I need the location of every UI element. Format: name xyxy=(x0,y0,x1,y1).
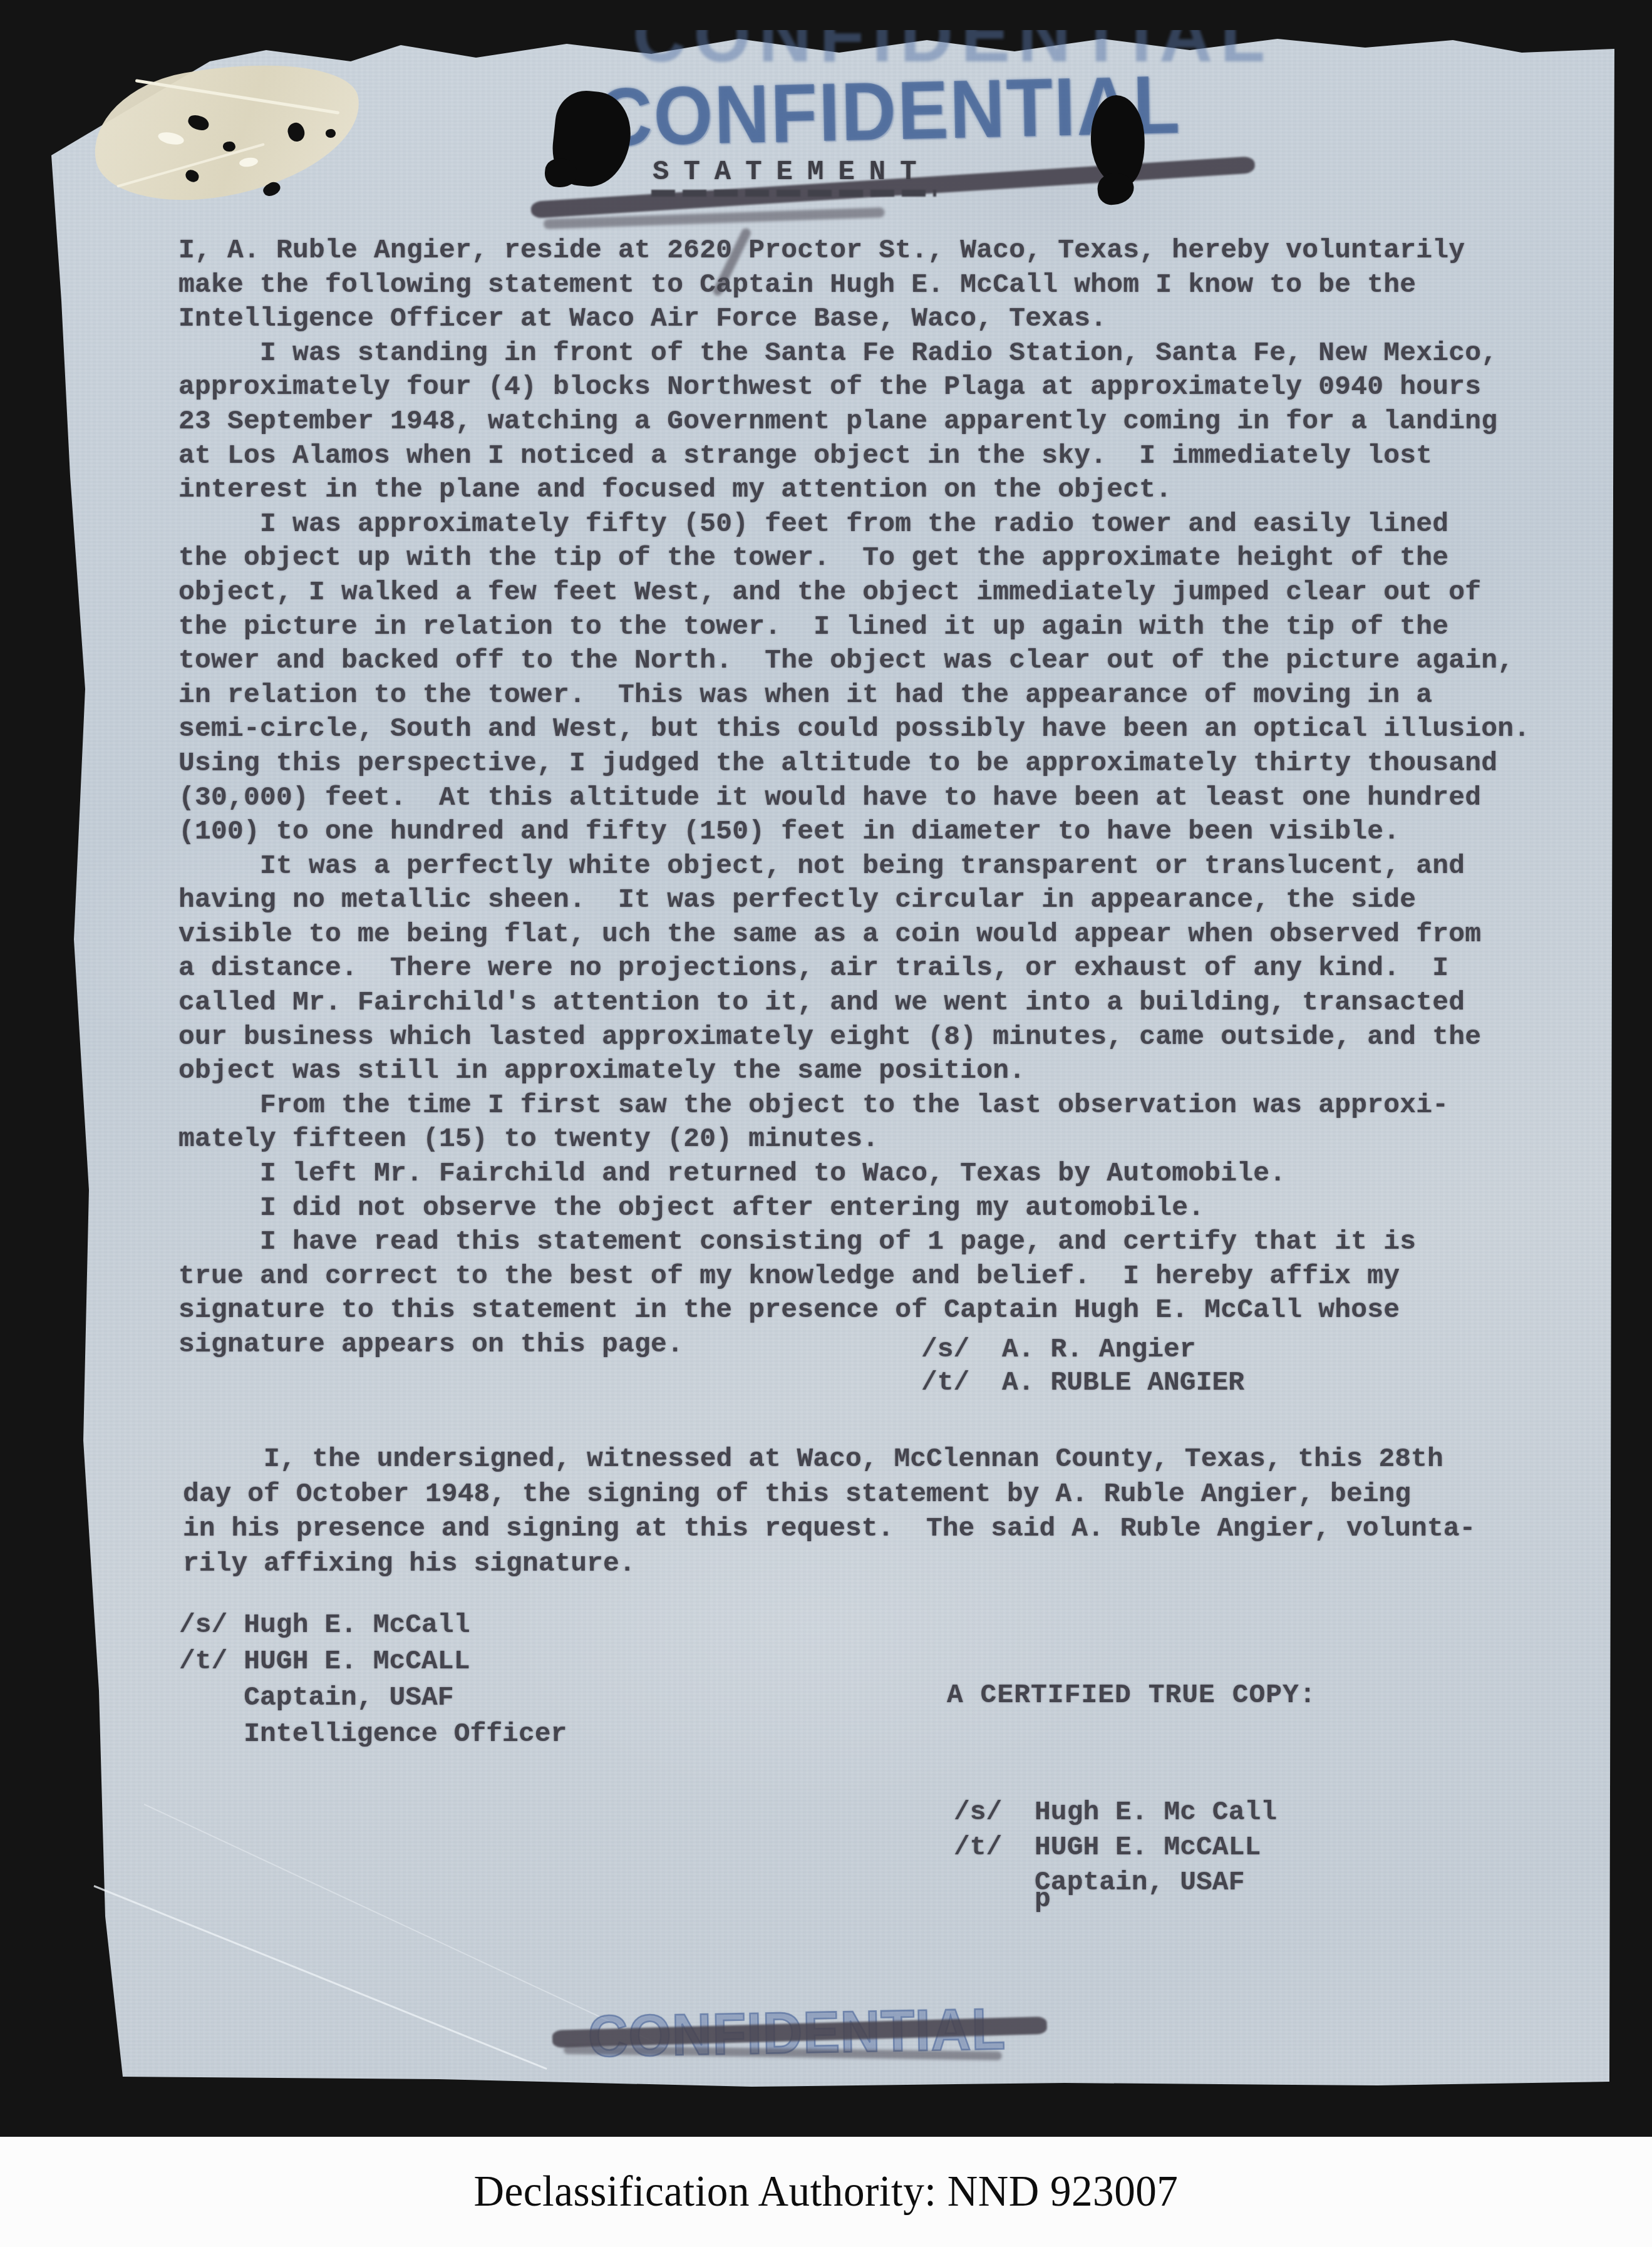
dropped-typewriter-character: p xyxy=(1035,1884,1051,1914)
scanned-document-page: CONFIDENTIAL CONFIDENTIAL STATEMENT I, A… xyxy=(0,0,1652,2247)
witness-signature-block: /s/ Hugh E. McCall /t/ HUGH E. McCALL Ca… xyxy=(179,1607,567,1752)
tear-hole-speck xyxy=(223,142,235,152)
certifying-signature-block: /s/ Hugh E. Mc Call /t/ HUGH E. McCALL C… xyxy=(954,1795,1277,1900)
declassification-footer-text: Declassification Authority: NND 923007 xyxy=(473,2167,1178,2217)
statement-body-text: I, A. Ruble Angier, reside at 2620 Proct… xyxy=(178,234,1530,1362)
tear-hole-speck xyxy=(326,129,336,138)
page-title: STATEMENT xyxy=(653,157,931,188)
certified-true-copy-label: A CERTIFIED TRUE COPY: xyxy=(947,1680,1316,1710)
witness-paragraph: I, the undersigned, witnessed at Waco, M… xyxy=(183,1442,1475,1581)
deponent-signature-block: /s/ A. R. Angier /t/ A. RUBLE ANGIER xyxy=(921,1333,1244,1399)
title-underline xyxy=(651,190,936,197)
declassification-footer: Declassification Authority: NND 923007 xyxy=(0,2137,1652,2247)
